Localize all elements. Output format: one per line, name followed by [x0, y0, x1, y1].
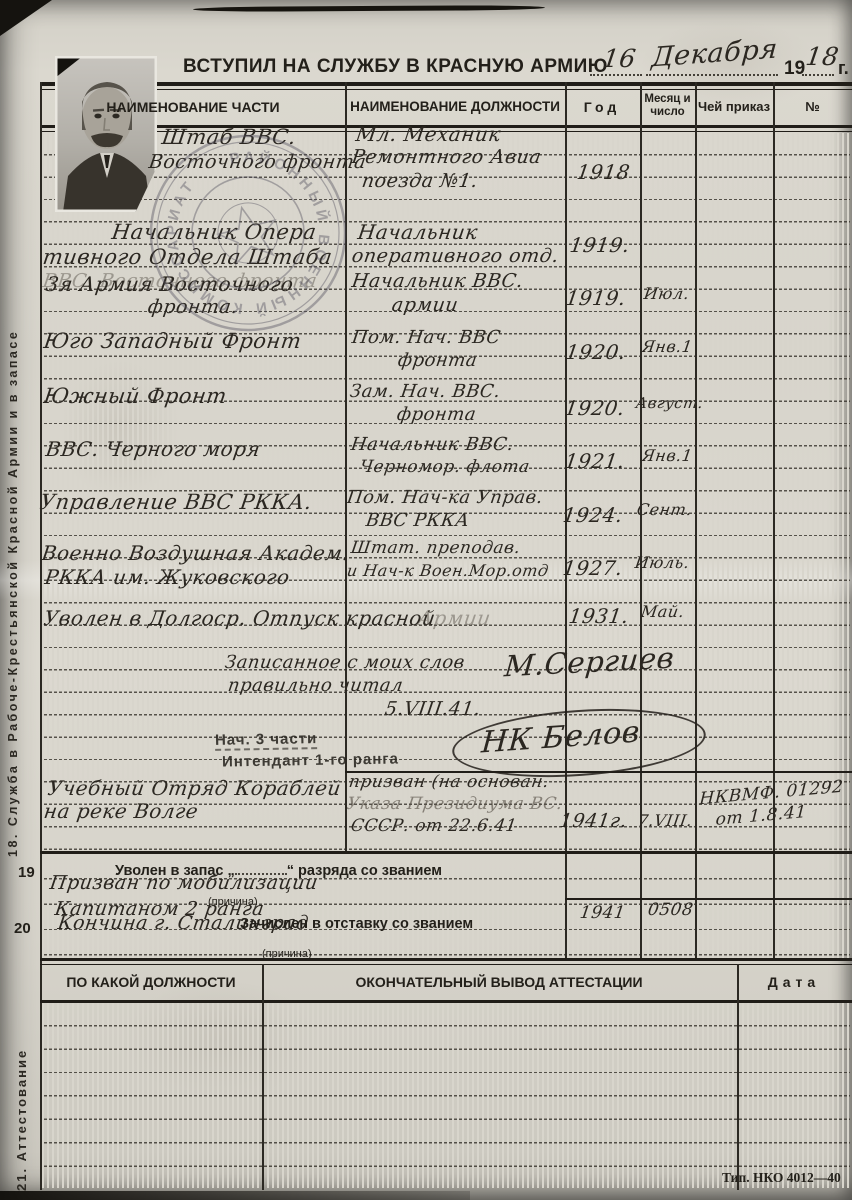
entry-position: фронта	[397, 350, 479, 371]
section20-order-number: 0508	[647, 900, 695, 920]
attestation-header-position: ПО КАКОЙ ДОЛЖНОСТИ	[42, 974, 260, 990]
attestation-column-divider	[262, 964, 264, 1190]
discharge-entry-faded: Армии	[416, 606, 492, 630]
entry-month: 7.VIII.	[637, 811, 694, 830]
entry-position-faded: Указа Президиума ВС.	[346, 794, 564, 814]
entry-year: 1920.	[563, 396, 626, 420]
entry-position: и Нач-к Воен.Мор.отд	[346, 561, 550, 580]
entry-position: Зам. Нач. ВВС.	[349, 381, 502, 402]
column-header-year: Год	[566, 99, 638, 115]
print-code: Тип. НКО 4012—40	[722, 1170, 841, 1186]
table-left-border	[40, 82, 42, 1190]
entry-month: Июль.	[634, 553, 691, 572]
entry-unit: ВВС. Черного моря	[44, 437, 262, 461]
entry-position: армии	[390, 294, 459, 316]
entry-month: Сент.	[636, 500, 694, 519]
enlistment-day: 16	[601, 44, 638, 73]
entry-unit: Юго Западный Фронт	[42, 329, 303, 353]
entry-position: поезда №1.	[360, 170, 479, 192]
column-header-position: НАИМЕНОВАНИЕ ДОЛЖНОСТИ	[348, 99, 562, 114]
entry-position: призван (на основан.	[348, 772, 551, 792]
entry-unit: Военно Воздушная Академ.	[40, 541, 351, 565]
entry-position: СССР. от 22.6.41	[350, 816, 519, 836]
year-prefix: 19	[784, 58, 805, 80]
scan-edge-line	[193, 5, 545, 12]
position-stamp: Интендант 1-го ранга	[222, 750, 399, 770]
entry-year: 1919.	[564, 286, 627, 310]
table-border	[40, 82, 852, 86]
entry-position: Пом. Нач-ка Управ.	[346, 487, 545, 508]
certification-date: 5.VIII.41.	[383, 698, 482, 720]
entry-position: Мл. Механик	[354, 122, 502, 146]
entry-unit: Управление ВВС РККА.	[38, 490, 313, 514]
entry-year: 1924.	[561, 503, 624, 527]
attestation-border	[40, 1000, 852, 1003]
column-divider	[345, 82, 347, 852]
entry-unit: Штаб ВВС.	[160, 125, 297, 149]
table-border	[40, 89, 852, 90]
section20-year: 1941	[579, 903, 627, 923]
section-mid-border	[565, 898, 852, 900]
entry-year: 1927.	[561, 556, 624, 580]
column-header-number: №	[775, 99, 850, 114]
section19-reason-entry: Призван по мобилизации	[48, 872, 319, 894]
column-header-order: Чей приказ	[697, 99, 771, 114]
portrait-photo	[55, 56, 157, 212]
entry-year: 1918	[575, 160, 631, 184]
entry-year: 1921.	[563, 449, 626, 473]
entry-position: фронта	[396, 404, 478, 425]
enlistment-year: 18	[804, 42, 841, 71]
portrait-photo-image	[55, 56, 157, 212]
attestation-column-divider	[737, 964, 739, 1190]
section20-number: 20	[14, 920, 31, 937]
entry-year: 1920.	[564, 340, 627, 364]
enlistment-month: Декабря	[650, 34, 778, 74]
scan-bottom-edge	[0, 1191, 470, 1200]
service-record-form: 18. Служба в Рабоче-Крестьянской Красной…	[0, 0, 852, 1200]
entry-year: 1941г.	[558, 810, 628, 832]
entry-position: ВВС РККА	[365, 510, 472, 531]
certification-note: правильно читал	[227, 675, 405, 696]
entry-year: 1919.	[568, 233, 631, 257]
date-underline	[802, 74, 834, 76]
page-title: ВСТУПИЛ НА СЛУЖБУ В КРАСНУЮ АРМИЮ	[183, 56, 608, 78]
entry-month: Янв.1	[641, 337, 694, 356]
attestation-header-conclusion: ОКОНЧАТЕЛЬНЫЙ ВЫВОД АТТЕСТАЦИИ	[264, 974, 734, 990]
attestation-ruled-lines	[42, 1003, 850, 1188]
entry-unit: РККА им. Жуковского	[43, 565, 291, 589]
entry-unit: на реке Волге	[42, 799, 200, 823]
entry-position: Начальник ВВС.	[350, 434, 515, 455]
entry-unit: 3я Армия Восточного	[44, 272, 295, 296]
date-underline	[646, 74, 778, 76]
entry-unit: Учебный Отряд Кораблей	[46, 776, 342, 800]
entry-position: оперативного отд.	[350, 245, 560, 267]
column-divider	[773, 82, 775, 960]
section19-number: 19	[18, 864, 35, 881]
entry-position: Начальник	[356, 220, 479, 244]
certification-note: Записанное с моих слов	[224, 652, 467, 673]
position-stamp: Нач. 3 части	[215, 730, 318, 751]
entry-unit: Южный Фронт	[42, 384, 228, 408]
discharge-entry: Уволен в Долгоср. Отпуск красной	[42, 606, 437, 630]
column-header-unit: НАИМЕНОВАНИЕ ЧАСТИ	[48, 99, 338, 115]
column-divider	[695, 82, 697, 960]
entry-position: Начальник ВВС.	[350, 270, 524, 292]
margin-caption-attestation: 21. Аттестование	[14, 986, 29, 1191]
entry-position: Штат. преподав.	[350, 538, 522, 558]
year-suffix: г.	[838, 58, 849, 79]
entry-month: Август.	[635, 394, 705, 412]
scan-corner-shadow	[0, 0, 52, 36]
attestation-border	[40, 958, 852, 961]
entry-month: Июл.	[643, 284, 691, 303]
entry-month: Янв.1	[641, 446, 694, 465]
entry-unit: фронта.	[146, 296, 239, 318]
margin-caption-service: 18. Служба в Рабоче-Крестьянской Красной…	[6, 205, 20, 857]
section-border	[40, 851, 852, 854]
entry-unit: тивного Отдела Штаба	[41, 245, 334, 269]
entry-unit: Восточного фронта	[147, 151, 367, 173]
column-header-month: Месяц и число	[641, 93, 694, 119]
attestation-border	[40, 964, 852, 965]
entry-position: Черномор. флота	[359, 457, 531, 477]
entry-unit: Начальник Опера	[110, 220, 318, 244]
section20-reason-caption: (причина)	[262, 948, 312, 960]
attestation-header-date: Дата	[739, 974, 849, 990]
section20-label: Зачислен в отставку со званием	[240, 916, 473, 932]
entry-month: Май.	[640, 602, 686, 621]
entry-year: 1931.	[567, 604, 630, 628]
entry-position: Пом. Нач. ВВС	[351, 327, 503, 348]
entry-position: Ремонтного Авиа	[350, 146, 542, 168]
